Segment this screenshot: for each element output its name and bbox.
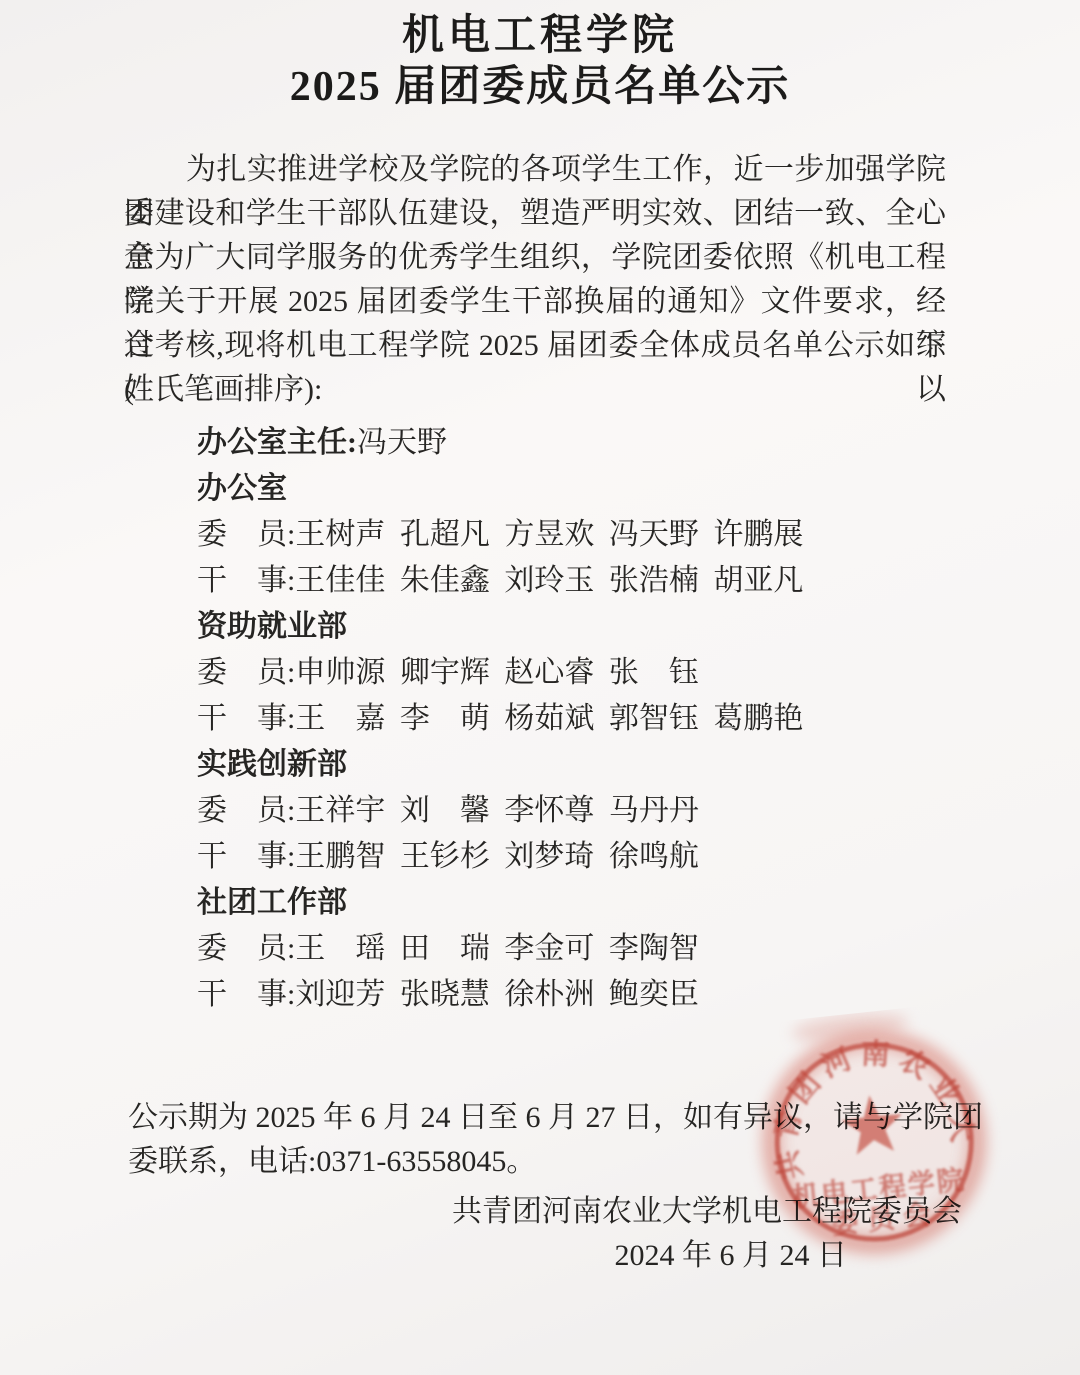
roster-row: 干 事:刘迎芳 张晓慧 徐朴洲 鲍奕臣 xyxy=(197,972,1020,1018)
director-line: 办公室主任:冯天野 xyxy=(197,420,1020,466)
role-label: 干 事: xyxy=(197,978,295,1011)
roster-row: 干 事:王鹏智 王钐杉 刘梦琦 徐鸣航 xyxy=(197,834,1020,880)
intro-line: 意为广大同学服务的优秀学生组织，学院团委依照《机电工程学 xyxy=(124,236,946,280)
role-label: 委 员: xyxy=(197,656,295,689)
document-title: 机电工程学院 xyxy=(0,10,1080,62)
closing-paragraph: 公示期为 2025 年 6 月 24 日至 6 月 27 日，如有异议，请与学院… xyxy=(128,1096,946,1184)
member-names: 王佳佳 朱佳鑫 刘玲玉 张浩楠 胡亚凡 xyxy=(295,564,803,597)
director-name: 冯天野 xyxy=(357,426,447,459)
member-names: 王树声 孔超凡 方昱欢 冯天野 许鹏展 xyxy=(295,518,803,551)
document-header: 机电工程学院 2025 届团委成员名单公示 xyxy=(0,0,1080,112)
intro-line: 院关于开展 2025 届团委学生干部换届的通知》文件要求，经过综 xyxy=(124,280,946,324)
roster-row: 干 事:王 嘉 李 萌 杨茹斌 郭智钰 葛鹏艳 xyxy=(197,696,1020,742)
role-label: 干 事: xyxy=(197,702,295,735)
intro-paragraph: 为扎实推进学校及学院的各项学生工作，近一步加强学院团委建设和学生干部队伍建设，塑… xyxy=(124,148,946,412)
director-role-label: 办公室主任: xyxy=(197,426,357,459)
roster-sections: 办公室委 员:王树声 孔超凡 方昱欢 冯天野 许鹏展干 事:王佳佳 朱佳鑫 刘玲… xyxy=(197,466,1020,1018)
department-header: 社团工作部 xyxy=(197,880,1020,926)
department-header: 办公室 xyxy=(197,466,1020,512)
member-names: 王鹏智 王钐杉 刘梦琦 徐鸣航 xyxy=(295,840,699,873)
signature-line: 共青团河南农业大学机电工程院委员会 xyxy=(0,1190,1080,1234)
department-header: 实践创新部 xyxy=(197,742,1020,788)
member-names: 申帅源 卿宇辉 赵心睿 张 钰 xyxy=(295,656,699,689)
member-names: 王 瑶 田 瑞 李金可 李陶智 xyxy=(295,932,699,965)
member-names: 王 嘉 李 萌 杨茹斌 郭智钰 葛鹏艳 xyxy=(295,702,803,735)
intro-line: 合考核,现将机电工程学院 2025 届团委全体成员名单公示如下(以 xyxy=(124,324,946,368)
date-line: 2024 年 6 月 24 日 xyxy=(0,1234,1080,1278)
member-roster: 办公室主任:冯天野 办公室委 员:王树声 孔超凡 方昱欢 冯天野 许鹏展干 事:… xyxy=(197,420,1020,1018)
department-header: 资助就业部 xyxy=(197,604,1020,650)
role-label: 干 事: xyxy=(197,564,295,597)
member-names: 刘迎芳 张晓慧 徐朴洲 鲍奕臣 xyxy=(295,978,699,1011)
role-label: 委 员: xyxy=(197,518,295,551)
closing-line: 委联系，电话:0371-63558045。 xyxy=(128,1140,946,1184)
document-page: 机电工程学院 2025 届团委成员名单公示 为扎实推进学校及学院的各项学生工作，… xyxy=(0,0,1080,1375)
role-label: 委 员: xyxy=(197,794,295,827)
role-label: 干 事: xyxy=(197,840,295,873)
member-names: 王祥宇 刘 馨 李怀尊 马丹丹 xyxy=(295,794,699,827)
roster-row: 委 员:申帅源 卿宇辉 赵心睿 张 钰 xyxy=(197,650,1020,696)
roster-row: 干 事:王佳佳 朱佳鑫 刘玲玉 张浩楠 胡亚凡 xyxy=(197,558,1020,604)
roster-row: 委 员:王 瑶 田 瑞 李金可 李陶智 xyxy=(197,926,1020,972)
intro-line: 为扎实推进学校及学院的各项学生工作，近一步加强学院团 xyxy=(124,148,946,192)
roster-row: 委 员:王树声 孔超凡 方昱欢 冯天野 许鹏展 xyxy=(197,512,1020,558)
document-subtitle: 2025 届团委成员名单公示 xyxy=(0,62,1080,112)
closing-line: 公示期为 2025 年 6 月 24 日至 6 月 27 日，如有异议，请与学院… xyxy=(128,1096,946,1140)
roster-row: 委 员:王祥宇 刘 馨 李怀尊 马丹丹 xyxy=(197,788,1020,834)
role-label: 委 员: xyxy=(197,932,295,965)
intro-line: 委建设和学生干部队伍建设，塑造严明实效、团结一致、全心全 xyxy=(124,192,946,236)
